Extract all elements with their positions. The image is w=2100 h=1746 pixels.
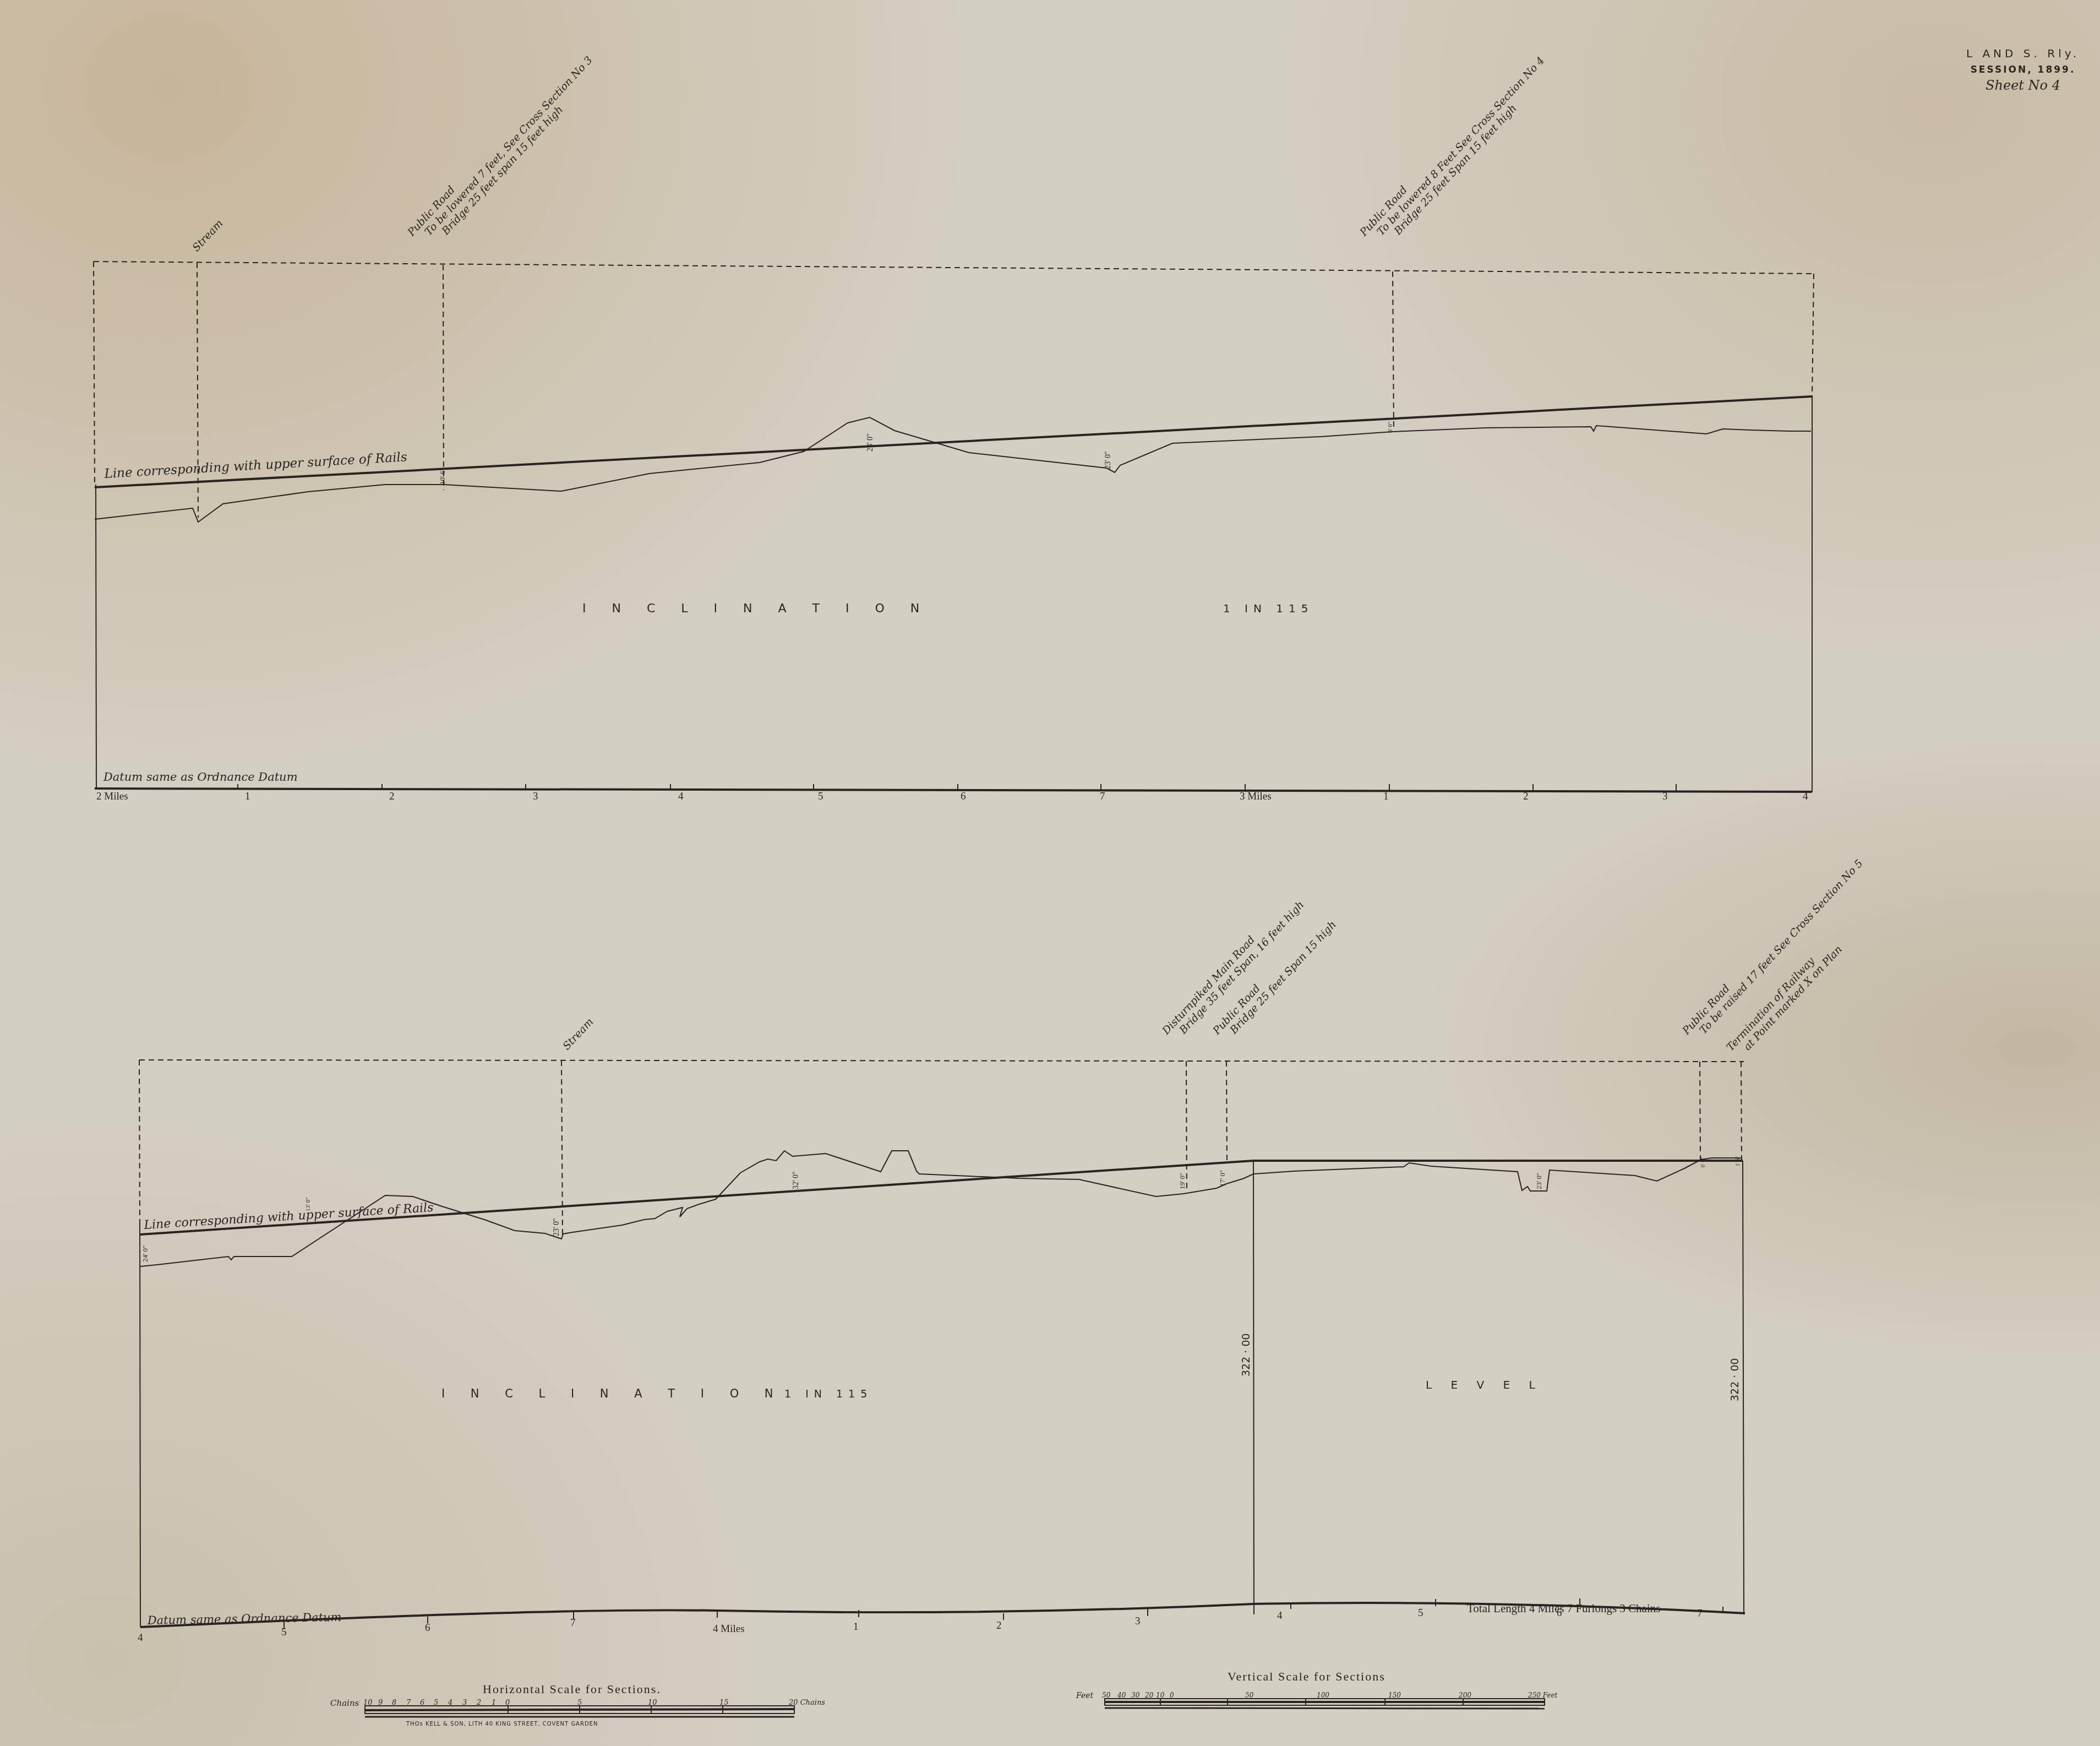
svg-text:4 Miles: 4 Miles <box>713 1623 745 1635</box>
svg-text:30: 30 <box>1131 1691 1140 1699</box>
svg-text:2: 2 <box>476 1699 481 1707</box>
section1-height-2: 23' 0" <box>866 433 875 452</box>
section1-frame <box>94 262 1814 792</box>
svg-text:6: 6 <box>961 791 966 802</box>
section2-height-8: 0' 6" <box>1700 1157 1706 1167</box>
section2-height-5: 19' 0" <box>1178 1173 1186 1189</box>
svg-text:7: 7 <box>1100 791 1105 802</box>
horizontal-scale-unit: Chains <box>330 1698 359 1708</box>
svg-text:250 Feet: 250 Feet <box>1528 1691 1558 1699</box>
svg-text:0: 0 <box>505 1699 510 1707</box>
horizontal-scale-title: Horizontal Scale for Sections. <box>483 1682 661 1696</box>
vertical-scale-title: Vertical Scale for Sections <box>1228 1669 1386 1683</box>
svg-text:1: 1 <box>245 791 250 802</box>
svg-text:50: 50 <box>1102 1691 1111 1699</box>
svg-text:10: 10 <box>363 1699 373 1707</box>
section1-gradient-value: 1 IN 115 <box>1223 602 1313 615</box>
level-height-right: 322 · 00 <box>1729 1358 1741 1401</box>
section1-height-3: 23' 0" <box>1104 451 1112 469</box>
svg-text:7: 7 <box>1697 1608 1703 1619</box>
svg-text:2: 2 <box>996 1620 1002 1631</box>
svg-text:4: 4 <box>138 1632 143 1644</box>
svg-text:5: 5 <box>818 791 823 802</box>
svg-text:5: 5 <box>1418 1607 1423 1619</box>
section2-height-2: 13' 0" <box>305 1197 312 1211</box>
section2-height-4: 32' 0" <box>792 1171 800 1189</box>
section1-rails-label: Line corresponding with upper surface of… <box>103 450 408 481</box>
svg-text:3: 3 <box>462 1699 467 1707</box>
svg-text:5: 5 <box>577 1699 582 1707</box>
svg-text:9: 9 <box>378 1699 383 1707</box>
section1-height-1: 10' 6" <box>438 468 446 485</box>
section-drawing: Line corresponding with upper surface of… <box>0 0 2100 1746</box>
horizontal-scale-bar <box>365 1706 794 1717</box>
vertical-scale-bar <box>1105 1699 1545 1709</box>
section2-frame <box>139 1060 1745 1629</box>
svg-text:1: 1 <box>1383 791 1389 802</box>
svg-text:15: 15 <box>719 1699 729 1707</box>
section2-gradient-label: I N C L I N A T I O N <box>441 1387 784 1400</box>
svg-text:6: 6 <box>1557 1607 1562 1619</box>
section2-height-3: 23' 0" <box>553 1218 561 1236</box>
lithographer-imprint: THOs KELL & SON, LITH 40 KING STREET, CO… <box>406 1721 598 1727</box>
svg-text:3 Miles: 3 Miles <box>1240 791 1272 802</box>
section2-height-7: 23' 0" <box>1535 1173 1543 1189</box>
section2-rails-label: Line corresponding with upper surface of… <box>143 1201 434 1232</box>
svg-text:1: 1 <box>492 1699 496 1707</box>
svg-text:20 Chains: 20 Chains <box>788 1699 825 1707</box>
svg-text:8: 8 <box>392 1699 396 1707</box>
svg-text:3: 3 <box>1662 791 1668 802</box>
svg-text:7: 7 <box>406 1699 411 1707</box>
svg-text:7: 7 <box>570 1617 576 1629</box>
svg-text:6: 6 <box>420 1699 424 1707</box>
svg-text:4: 4 <box>1803 791 1808 802</box>
section1-gradient-label: I N C L I N A T I O N <box>582 602 930 616</box>
svg-text:3: 3 <box>533 791 538 802</box>
section2-gradient-value: 1 IN 115 <box>784 1388 872 1400</box>
section2-height-1: 24' 0" <box>141 1245 149 1262</box>
svg-text:4: 4 <box>448 1699 452 1707</box>
section1-axis: 2 Miles 1 2 3 4 5 6 7 3 Miles 1 2 3 4 <box>96 791 1808 802</box>
svg-text:4: 4 <box>1277 1610 1283 1622</box>
svg-text:50: 50 <box>1245 1691 1254 1699</box>
svg-text:2: 2 <box>1523 791 1529 802</box>
section1-datum-label: Datum same as Ordnance Datum <box>103 770 298 784</box>
vertical-scale-unit: Feet <box>1076 1691 1094 1700</box>
svg-text:0: 0 <box>1170 1691 1174 1699</box>
section2-level-label: L E V E L <box>1426 1378 1543 1391</box>
total-length-label: Total Length 4 Miles 7 Furlongs 3 Chains <box>1467 1602 1660 1615</box>
svg-text:5: 5 <box>434 1699 438 1707</box>
svg-text:150: 150 <box>1388 1691 1401 1699</box>
svg-text:100: 100 <box>1317 1691 1329 1699</box>
section1-height-4: 6' 0" <box>1387 422 1394 433</box>
section2-height-9: 1' 6" <box>1735 1156 1741 1166</box>
svg-text:20: 20 <box>1144 1691 1154 1699</box>
svg-text:6: 6 <box>425 1622 430 1634</box>
svg-text:4: 4 <box>678 791 684 802</box>
svg-text:2: 2 <box>389 791 395 802</box>
level-height-left: 322 · 00 <box>1240 1333 1252 1377</box>
svg-text:200: 200 <box>1458 1691 1471 1699</box>
section2-datum-label: Datum same as Ordnance Datum <box>147 1611 342 1627</box>
svg-text:5: 5 <box>281 1627 287 1638</box>
svg-text:1: 1 <box>853 1621 859 1633</box>
svg-text:2 Miles: 2 Miles <box>96 791 128 802</box>
vertical-scale-ticks: 50 40 30 20 10 0 50 100 150 200 250 Feet <box>1102 1691 1558 1699</box>
svg-text:10: 10 <box>648 1699 657 1707</box>
section2-height-6: 17' 0" <box>1218 1170 1226 1187</box>
svg-text:40: 40 <box>1117 1691 1126 1699</box>
svg-text:3: 3 <box>1135 1616 1141 1627</box>
svg-text:10: 10 <box>1156 1691 1165 1699</box>
